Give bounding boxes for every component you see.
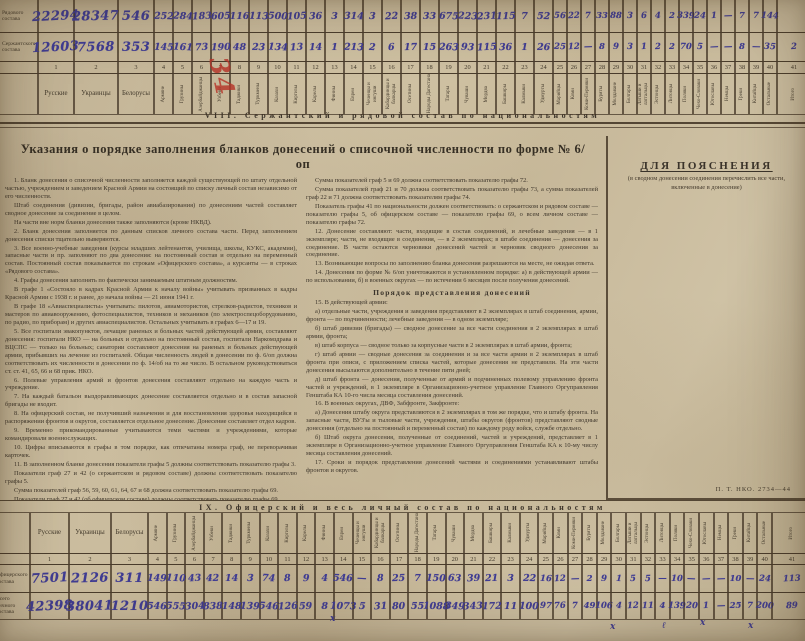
value-cell: — (743, 564, 758, 593)
value-cell: 12 (553, 564, 568, 593)
nationality-name-cell: Узбеки (204, 512, 223, 554)
nationality-name-cell: Туркмены (249, 73, 268, 115)
nationality-name-cell: Немцы (721, 73, 735, 115)
value-cell: 2 (665, 32, 679, 62)
value-cell: 5 (641, 564, 656, 593)
table-row: Всего личного состава4239838041121054655… (0, 592, 805, 620)
value-cell: 149 (148, 564, 167, 593)
instruction-paragraph: Показатели граф 27 и 42 (о сержантском и… (5, 470, 297, 486)
note-box: ДЛЯ ПОЯСНЕНИЯ (в сводном донесении соеди… (606, 136, 805, 500)
value-cell: 97 (538, 592, 553, 620)
value-cell: 8 (595, 32, 609, 62)
instruction-paragraph: в) штаб корпуса — сводное только за корп… (306, 342, 598, 350)
nationality-name-cell: Буряты (595, 73, 609, 115)
value-cell: 115 (477, 32, 496, 62)
nationality-name-cell: Финны (325, 73, 344, 115)
value-cell: 555 (167, 592, 186, 620)
value-cell: 25 (728, 592, 743, 620)
value-cell: 339 (679, 0, 693, 33)
value-cell: 7 (515, 0, 534, 33)
nationality-name-cell: Удмурты (520, 512, 539, 554)
value-cell: 20 (684, 592, 699, 620)
value-cell: 106 (597, 592, 612, 620)
nationality-name-cell: Греки (728, 512, 743, 554)
value-cell: 213 (344, 32, 363, 62)
nationality-name-cell: Чеченцы и ингуши (353, 512, 372, 554)
instruction-paragraph: 7. На каждый батальон выздоравливающих д… (5, 393, 297, 409)
value-cell: 38 (401, 0, 420, 33)
value-cell: 7 (581, 0, 595, 33)
value-cell: 26 (534, 32, 553, 62)
nationality-name-cell: Азербайджанцы (185, 512, 204, 554)
value-cell: — (749, 32, 763, 62)
stray-ink-mark: х (330, 614, 335, 624)
value-cell: — (714, 564, 729, 593)
instructions-columns: 1. Бланк донесения о списочной численнос… (0, 175, 606, 500)
instructions-subheading: Порядок представления донесений (306, 288, 598, 297)
value-cell: 74 (260, 564, 279, 593)
value-cell: 3 (623, 32, 637, 62)
scanned-form-page: Рядового состава222942834754625228418360… (0, 0, 805, 641)
nationality-name-cell: Чеченцы и ингуши (363, 73, 382, 115)
value-cell: — (684, 564, 699, 593)
nationality-name-cell: Литовцы (655, 512, 670, 554)
section8-grid: Рядового состава222942834754625228418360… (0, 0, 805, 109)
instruction-paragraph: Показатель графы 41 по национальности до… (306, 203, 598, 227)
instruction-paragraph: 1. Бланк донесения о списочной численнос… (5, 177, 297, 201)
value-cell: 343 (464, 592, 483, 620)
value-cell: 314 (344, 0, 363, 33)
nationality-name-cell: Грузины (167, 512, 186, 554)
value-cell: 36 (306, 0, 325, 33)
instruction-paragraph: 12. Донесение составляют: части, входящи… (306, 228, 598, 260)
double-rule (0, 122, 805, 128)
nationality-name-cell: Евреи (344, 73, 363, 115)
instruction-paragraph: 10. Цифры вписываются в графы в том поря… (5, 444, 297, 460)
value-cell: 172 (483, 592, 502, 620)
value-cell: 3 (363, 0, 382, 33)
value-cell: 3 (241, 564, 260, 593)
value-cell: 4 (611, 592, 626, 620)
value-cell: 546 (260, 592, 279, 620)
nationality-name-cell: Буряты (582, 512, 597, 554)
value-cell: — (707, 32, 721, 62)
value-cell: 70 (679, 32, 693, 62)
value-cell: 1 (637, 32, 651, 62)
value-cell: 12 (626, 592, 641, 620)
value-cell: 14 (222, 564, 241, 593)
instructions-panel: Указания о порядке заполнения бланков до… (0, 136, 606, 500)
value-cell: 12603 (38, 32, 74, 62)
value-cell: 349 (446, 592, 465, 620)
value-cell: — (655, 564, 670, 593)
nationality-name-cell: Мордва (464, 512, 483, 554)
value-cell: 9 (297, 564, 316, 593)
table-row: Рядового состава222942834754625228418360… (0, 0, 805, 33)
nationality-name-cell: Казахи (268, 73, 287, 115)
instruction-paragraph: В графе 1 «Состояло в кадрах Красной Арм… (5, 286, 297, 302)
nationality-name-cell: Болгары (623, 73, 637, 115)
instruction-paragraph: 4. Графы донесения заполнять по фактичес… (5, 277, 297, 285)
nationality-name-cell: Чехо-Словаки (693, 73, 707, 115)
nationality-name-cell: Китайцы (749, 73, 763, 115)
nationality-name-cell: Латыши и латгальцы (626, 512, 641, 554)
value-cell: 33 (595, 0, 609, 33)
value-cell: 223 (458, 0, 477, 33)
instruction-paragraph: 15. В действующей армии: (306, 299, 598, 307)
section9-table: IX. Офицерский и весь личный состав по н… (0, 500, 805, 620)
instruction-paragraph: 9. Временно прикомандированные учитывают… (5, 427, 297, 443)
value-cell: 6 (382, 32, 401, 62)
nationality-name-cell: Немцы (714, 512, 729, 554)
nationality-name-cell: Украинцы (74, 73, 118, 115)
value-cell: 38041 (69, 592, 111, 620)
nationality-name-cell: Казахи (260, 512, 279, 554)
table-row: Офицерского состава750121263111491104342… (0, 564, 805, 593)
nationality-name-cell: Эстонцы (651, 73, 665, 115)
value-cell: 42398 (30, 592, 69, 620)
value-cell: 24 (693, 0, 707, 33)
value-cell: 605 (211, 0, 230, 33)
nationality-name-cell: Финны (315, 512, 334, 554)
value-cell: 73 (192, 32, 211, 62)
nationality-name-cell: Китайцы (743, 512, 758, 554)
value-cell: 1210 (111, 592, 148, 620)
value-cell: 7 (735, 0, 749, 33)
value-cell: 546 (148, 592, 167, 620)
instruction-paragraph: 14. Донесения по форме № 6/оп уничтожают… (306, 269, 598, 285)
nationality-name-cell: Молдаване (597, 512, 612, 554)
value-cell: 9 (597, 564, 612, 593)
nationality-name-cell: Народы Дагестана (408, 512, 427, 554)
nationality-name-cell: Киргизы (287, 73, 306, 115)
instruction-paragraph: а) отдельные части, учреждения и заведен… (306, 308, 598, 324)
value-cell: — (699, 564, 714, 593)
value-cell: 7501 (30, 564, 69, 593)
nationality-name-cell: Итого (772, 512, 805, 554)
value-cell: — (721, 0, 735, 33)
value-cell: 1 (325, 32, 344, 62)
nationality-name-cell: Коми (567, 73, 581, 115)
value-cell: 16 (538, 564, 553, 593)
instruction-paragraph: 5. Все госпитали эвакопунктов, лечащие р… (5, 328, 297, 376)
nationality-name-cell: Башкиры (483, 512, 502, 554)
instruction-paragraph: В графе 18 «Авиаспециалисты» учитывать: … (5, 303, 297, 327)
note-box-title: ДЛЯ ПОЯСНЕНИЯ (608, 160, 805, 172)
stray-ink-mark: х (748, 621, 753, 631)
nationality-name-cell: Армяне (154, 73, 173, 115)
nationality-name-cell: Итого (777, 73, 805, 115)
nationality-name-cell: Коми (553, 512, 568, 554)
value-cell: 10 (670, 564, 685, 593)
nationality-name-cell: Поляки (670, 512, 685, 554)
value-cell: 88 (609, 0, 623, 33)
instruction-paragraph: д) штаб фронта — донесения, полученные о… (306, 376, 598, 400)
value-cell: 39 (464, 564, 483, 593)
value-cell: 23 (249, 32, 268, 62)
nationality-name-cell: Осетины (401, 73, 420, 115)
nationality-name-cell: Кабардинцы и балкарцы (382, 73, 401, 115)
nationality-name-cell: Коми-Пермяки (568, 512, 583, 554)
nationality-name-cell: Армяне (148, 512, 167, 554)
value-cell: 33 (420, 0, 439, 33)
value-cell: 31 (371, 592, 390, 620)
value-cell: 21 (483, 564, 502, 593)
instruction-paragraph: 3. Все военно-учебные заведения (курсы м… (5, 245, 297, 277)
value-cell: — (568, 564, 583, 593)
value-cell: 7 (568, 592, 583, 620)
nationality-name-cell: Чуваши (458, 73, 477, 115)
table-row: РусскиеУкраинцыБелорусыАрмянеГрузиныАзер… (0, 73, 805, 109)
value-cell: — (581, 32, 595, 62)
nationality-name-cell: Башкиры (496, 73, 515, 115)
nationality-name-cell: Мордва (477, 73, 496, 115)
nationality-name-cell: Народы Дагестана (420, 73, 439, 115)
instruction-paragraph: а) Донесения штабу округа представляются… (306, 409, 598, 433)
value-cell: 161 (173, 32, 192, 62)
value-cell: 35 (763, 32, 777, 62)
value-cell: 4 (651, 0, 665, 33)
nationality-name-cell: Татары (427, 512, 446, 554)
value-cell: 148 (222, 592, 241, 620)
value-cell: 1 (699, 592, 714, 620)
value-cell: 500 (268, 0, 287, 33)
value-cell: 22294 (38, 0, 74, 33)
value-cell: 1073 (334, 592, 353, 620)
value-cell: 150 (427, 564, 446, 593)
instruction-paragraph: 17. Сроки и порядок представления донесе… (306, 459, 598, 475)
nationality-name-cell: Удмурты (534, 73, 553, 115)
value-cell: 8 (735, 32, 749, 62)
instruction-paragraph: Сумма показателей граф 56, 59, 60, 61, 6… (5, 487, 297, 495)
nationality-name-cell: Украинцы (69, 512, 111, 554)
value-cell: 14 (306, 32, 325, 62)
value-cell: 13 (287, 32, 306, 62)
value-cell: 76 (553, 592, 568, 620)
value-cell: 3 (325, 0, 344, 33)
value-cell: 284 (173, 0, 192, 33)
value-cell: 11 (641, 592, 656, 620)
value-cell: 4 (315, 564, 334, 593)
section8-table: Рядового состава222942834754625228418360… (0, 0, 805, 128)
value-cell: 126 (278, 592, 297, 620)
value-cell: 183 (192, 0, 211, 33)
value-cell: 22 (520, 564, 539, 593)
print-shop-mark: П. Т. НКО. 2734—44 (716, 486, 791, 493)
value-cell: 113 (249, 0, 268, 33)
value-cell: 56 (553, 0, 567, 33)
value-cell: 110 (167, 564, 186, 593)
value-cell: 115 (496, 0, 515, 33)
value-cell: 200 (757, 592, 772, 620)
instruction-paragraph: 6. Полевые управления армий и фронтов до… (5, 377, 297, 393)
value-cell: 43 (185, 564, 204, 593)
nationality-name-cell: Югославы (699, 512, 714, 554)
instruction-paragraph: Сумма показателей граф 5 и 69 должна соо… (306, 177, 598, 185)
value-cell: 105 (287, 0, 306, 33)
nationality-name-cell: Молдаване (609, 73, 623, 115)
value-cell: 5 (626, 564, 641, 593)
row-label-cell (0, 73, 38, 115)
nationality-name-cell: Евреи (334, 512, 353, 554)
value-cell (777, 0, 805, 33)
value-cell: 24 (757, 564, 772, 593)
value-cell: — (714, 592, 729, 620)
value-cell: 52 (534, 0, 553, 33)
value-cell: 145 (154, 32, 173, 62)
instruction-paragraph: На части вне норм бланки донесения также… (5, 219, 297, 227)
section9-grid: РусскиеУкраинцыБелорусыАрмянеГрузиныАзер… (0, 512, 805, 620)
value-cell: 144 (763, 0, 777, 33)
instruction-paragraph: Сумма показателей граф 21 и 70 должна со… (306, 186, 598, 202)
nationality-name-cell: Остальные (757, 512, 772, 554)
row-label-cell (0, 512, 30, 554)
value-cell: 139 (241, 592, 260, 620)
value-cell: 93 (458, 32, 477, 62)
instruction-paragraph: Штаб соединения (дивизии, бригады, район… (5, 202, 297, 218)
table-row: Сержантского состава12603756835314516173… (0, 32, 805, 62)
value-cell: 80 (390, 592, 409, 620)
nationality-name-cell: Поляки (679, 73, 693, 115)
value-cell: 25 (390, 564, 409, 593)
nationality-name-cell: Карелы (297, 512, 316, 554)
nationality-name-cell: Остальные (763, 73, 777, 115)
value-cell: 113 (772, 564, 805, 593)
nationality-name-cell: Грузины (173, 73, 192, 115)
value-cell: 28347 (74, 0, 118, 33)
value-cell: 1 (515, 32, 534, 62)
nationality-name-cell: Осетины (390, 512, 409, 554)
instruction-paragraph: 2. Бланк донесения заполняется по данным… (5, 228, 297, 244)
value-cell: 22 (567, 0, 581, 33)
value-cell: 11 (501, 592, 520, 620)
value-cell: 2 (651, 32, 665, 62)
nationality-name-cell: Белорусы (111, 512, 148, 554)
value-cell: 1 (707, 0, 721, 33)
instructions-right-column: Сумма показателей граф 5 и 69 должна соо… (306, 177, 598, 500)
instructions-left-column: 1. Бланк донесения о списочной численнос… (5, 177, 297, 500)
nationality-name-cell: Югославы (707, 73, 721, 115)
value-cell: 311 (111, 564, 148, 593)
instruction-paragraph: 16. В военных округах, ДВФ, Забфронте, З… (306, 400, 598, 408)
instruction-paragraph: 8. На офицерский состав, не получивший н… (5, 410, 297, 426)
value-cell: 134 (268, 32, 287, 62)
value-cell: 36 (496, 32, 515, 62)
value-cell: 9 (609, 32, 623, 62)
value-cell: 231 (477, 0, 496, 33)
nationality-name-cell: Греки (735, 73, 749, 115)
value-cell: 304 (185, 592, 204, 620)
nationality-name-cell: Белорусы (118, 73, 154, 115)
value-cell: 7 (408, 564, 427, 593)
value-cell: 546 (334, 564, 353, 593)
nationality-name-cell: Литовцы (665, 73, 679, 115)
value-cell: 8 (371, 564, 390, 593)
value-cell: 252 (154, 0, 173, 33)
value-cell: 546 (118, 0, 154, 33)
nationality-name-cell: Латыши и латгальцы (637, 73, 651, 115)
value-cell: 2 (777, 32, 805, 62)
value-cell: 59 (297, 592, 316, 620)
value-cell: 5 (353, 592, 372, 620)
nationality-name-cell: Русские (38, 73, 74, 115)
nationality-name-cell: Чехо-Словаки (684, 512, 699, 554)
value-cell: 100 (520, 592, 539, 620)
value-cell: 12 (567, 32, 581, 62)
stray-ink-mark: х (610, 622, 615, 632)
value-cell: 2 (582, 564, 597, 593)
table-row: РусскиеУкраинцыБелорусыАрмянеГрузиныАзер… (0, 512, 805, 554)
instruction-paragraph: б) Штаб округа донесения, полученные от … (306, 434, 598, 458)
instruction-paragraph: 11. В заполненном бланке донесения показ… (5, 461, 297, 469)
stray-ink-mark: ℓ (662, 620, 666, 631)
note-box-subtitle: (в сводном донесении соединения перечисл… (608, 172, 805, 195)
value-cell: 139 (670, 592, 685, 620)
value-cell: 1088 (427, 592, 446, 620)
value-cell: — (353, 564, 372, 593)
nationality-name-cell: Марийцы (538, 512, 553, 554)
instruction-paragraph: 13. Возникающие вопросы по заполнению бл… (306, 260, 598, 268)
instruction-paragraph: б) штаб дивизии (бригады) — сводное доне… (306, 325, 598, 341)
value-cell: 5 (693, 32, 707, 62)
value-cell: 838 (204, 592, 223, 620)
nationality-name-cell: Калмыки (515, 73, 534, 115)
nationality-name-cell: Болгары (611, 512, 626, 554)
value-cell: 2 (363, 32, 382, 62)
nationality-name-cell: Кабардинцы и балкарцы (371, 512, 390, 554)
value-cell: 1 (611, 564, 626, 593)
value-cell: 6 (637, 0, 651, 33)
value-cell: 89 (772, 592, 805, 620)
nationality-name-cell: Таджики (222, 512, 241, 554)
value-cell: 42 (204, 564, 223, 593)
value-cell: 17 (401, 32, 420, 62)
value-cell: 8 (278, 564, 297, 593)
nationality-name-cell: Киргизы (278, 512, 297, 554)
row-label-cell: Офицерского состава (0, 564, 30, 593)
stray-ink-mark: х (700, 618, 705, 628)
nationality-name-cell: Марийцы (553, 73, 567, 115)
value-cell: 48 (230, 32, 249, 62)
nationality-name-cell: Русские (30, 512, 69, 554)
value-cell: — (721, 32, 735, 62)
value-cell: 15 (420, 32, 439, 62)
nationality-name-cell: Калмыки (501, 512, 520, 554)
nationality-name-cell: Эстонцы (641, 512, 656, 554)
value-cell: 10 (728, 564, 743, 593)
value-cell: 2126 (69, 564, 111, 593)
nationality-name-cell: Коми-Пермяки (581, 73, 595, 115)
nationality-name-cell: Туркмены (241, 512, 260, 554)
value-cell: 3 (501, 564, 520, 593)
value-cell: 353 (118, 32, 154, 62)
value-cell: 22 (382, 0, 401, 33)
value-cell: 63 (446, 564, 465, 593)
value-cell: 116 (230, 0, 249, 33)
value-cell: 25 (553, 32, 567, 62)
nationality-name-cell: Татары (439, 73, 458, 115)
value-cell: 675 (439, 0, 458, 33)
value-cell: 3 (623, 0, 637, 33)
value-cell: 7568 (74, 32, 118, 62)
value-cell: 263 (439, 32, 458, 62)
instructions-title: Указания о порядке заполнения бланков до… (0, 136, 606, 175)
instruction-paragraph: г) штаб армии — сводные донесения за сое… (306, 351, 598, 375)
nationality-name-cell: Карелы (306, 73, 325, 115)
nationality-name-cell: Чуваши (446, 512, 465, 554)
